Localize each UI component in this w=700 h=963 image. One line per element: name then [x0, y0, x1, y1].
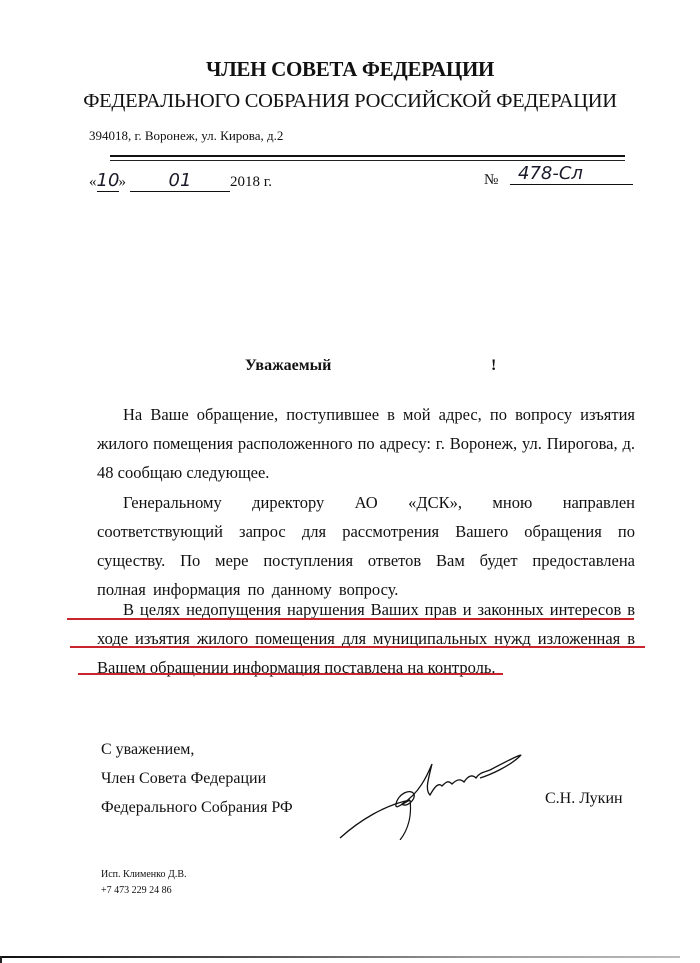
executor-info: Исп. Клименко Д.В. +7 473 229 24 86: [101, 867, 186, 899]
executor-name: Исп. Клименко Д.В.: [101, 867, 186, 883]
letterhead-subtitle: ФЕДЕРАЛЬНОГО СОБРАНИЯ РОССИЙСКОЙ ФЕДЕРАЦ…: [0, 90, 700, 113]
red-underline-3: [78, 673, 503, 675]
closing-position: Член Совета Федерации: [101, 764, 266, 793]
letter-date: «10»012018 г.: [89, 170, 272, 192]
greeting-exclamation: !: [491, 357, 496, 375]
date-quote-open: «: [89, 174, 97, 190]
signer-name: С.Н. Лукин: [545, 790, 623, 808]
date-day: 10: [97, 170, 119, 192]
paragraph-2: Генеральному директору АО «ДСК», мною на…: [97, 488, 635, 604]
letter-number: 478-Сл: [510, 163, 633, 185]
red-underline-1: [67, 618, 634, 620]
letterhead-title: ЧЛЕН СОВЕТА ФЕДЕРАЦИИ: [0, 57, 700, 82]
date-month: 01: [130, 170, 230, 192]
salutation: Уважаемый: [245, 357, 331, 375]
closing-regards: С уважением,: [101, 735, 194, 764]
scan-edge-bottom: [0, 956, 680, 958]
signature-icon: [330, 730, 530, 840]
paragraph-1: На Ваше обращение, поступившее в мой адр…: [97, 400, 635, 487]
letterhead-address: 394018, г. Воронеж, ул. Кирова, д.2: [89, 128, 283, 144]
scan-edge-corner: [0, 956, 2, 963]
executor-phone: +7 473 229 24 86: [101, 883, 186, 899]
paragraph-3-highlighted: В целях недопущения нарушения Ваших прав…: [97, 595, 635, 682]
header-divider: [110, 155, 625, 157]
number-label: №: [484, 172, 498, 189]
closing-organization: Федерального Собрания РФ: [101, 793, 293, 822]
red-underline-2: [70, 646, 645, 648]
date-year: 2018 г.: [230, 174, 272, 190]
header-divider-thin: [110, 160, 625, 161]
date-quote-close: »: [119, 174, 127, 190]
